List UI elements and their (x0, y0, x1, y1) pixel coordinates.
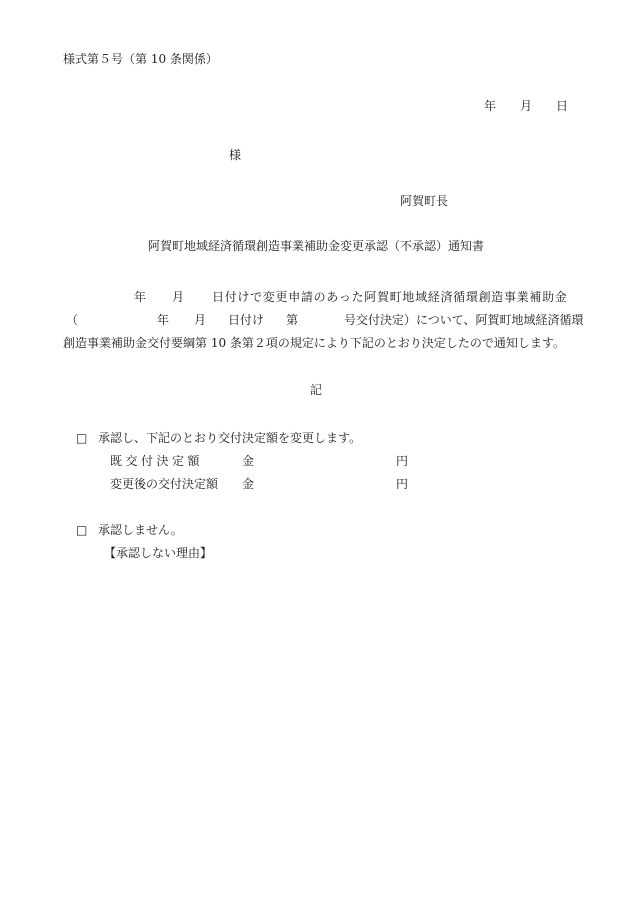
amount-original-label: 既交付決定額 (110, 453, 203, 469)
addressee-suffix: 様 (229, 147, 241, 163)
date-year-label: 年 (484, 98, 496, 114)
reject-label: 承認しません。 (98, 522, 183, 538)
document-page: 様式第５号（第 10 条関係） 年 月 日 様 阿賀町長 阿賀町地域経済循環創造… (0, 0, 630, 903)
amount-original-unit: 円 (396, 453, 408, 469)
body-line2-number-prefix: 第 (286, 312, 298, 328)
form-number: 様式第５号（第 10 条関係） (63, 51, 218, 67)
amount-changed-label: 変更後の交付決定額 (110, 476, 218, 492)
body-line1-text: 日付けで変更申請のあった阿賀町地域経済循環創造事業補助金 (212, 289, 567, 305)
reject-reason-heading: 【承認しない理由】 (104, 545, 212, 561)
amount-changed-unit: 円 (396, 476, 408, 492)
body-line3: 創造事業補助金交付要綱第 10 条第２項の規定により下記のとおり決定したので通知… (63, 335, 565, 351)
body-line2-year: 年 (157, 312, 169, 328)
amount-changed-prefix: 金 (242, 476, 254, 492)
approve-checkbox[interactable]: □ (76, 430, 87, 446)
body-line2-month: 月 (194, 312, 206, 328)
body-line1-month: 月 (172, 289, 184, 305)
ki-heading: 記 (310, 382, 322, 398)
date-month-label: 月 (520, 98, 532, 114)
body-line2-date-suffix: 日付け (228, 312, 264, 328)
amount-original-prefix: 金 (242, 453, 254, 469)
date-day-label: 日 (556, 98, 568, 114)
body-line2-open-paren: （ (66, 312, 78, 328)
body-line1-year: 年 (134, 289, 146, 305)
approve-label: 承認し、下記のとおり交付決定額を変更します。 (98, 430, 361, 446)
issuer-name: 阿賀町長 (400, 193, 448, 209)
document-title: 阿賀町地域経済循環創造事業補助金変更承認（不承認）通知書 (148, 238, 484, 254)
reject-checkbox[interactable]: □ (76, 522, 87, 538)
body-line2-text: 号交付決定）について、阿賀町地域経済循環 (344, 312, 584, 328)
